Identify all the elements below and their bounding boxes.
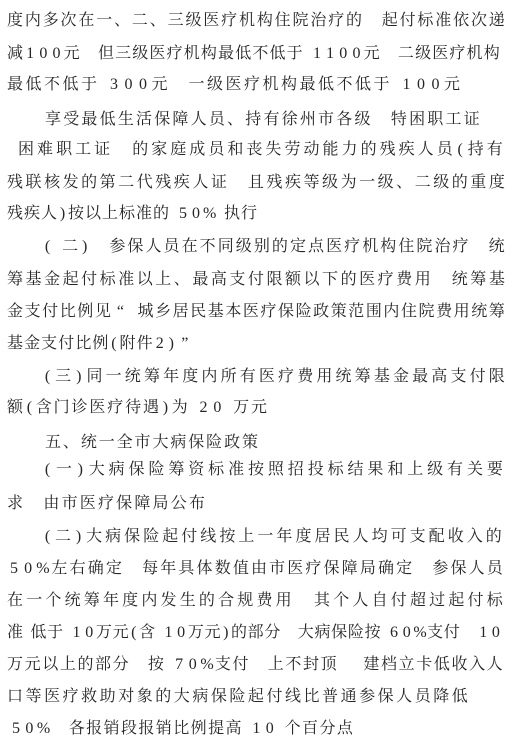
glyph: 人	[145, 237, 161, 257]
glyph: 基	[26, 270, 42, 290]
glyph: 发	[63, 173, 79, 193]
glyph: 人	[396, 687, 412, 707]
glyph: %	[413, 623, 426, 643]
glyph: 障	[134, 494, 150, 514]
glyph: 最	[218, 44, 234, 64]
text-line: 在一个统筹年度内发生的合规费用 其个人自付超过起付标	[7, 591, 503, 611]
glyph: 残	[7, 173, 23, 193]
glyph: 各	[69, 719, 85, 739]
glyph: 高	[211, 270, 227, 290]
glyph: 规	[237, 591, 253, 611]
glyph: 起	[248, 687, 264, 707]
glyph: 策	[242, 433, 258, 453]
glyph: 0	[415, 75, 427, 95]
glyph: 统	[489, 237, 505, 257]
glyph: 最	[7, 75, 23, 95]
glyph: 大	[174, 687, 190, 707]
glyph: 0	[137, 75, 149, 95]
glyph: 点	[308, 237, 324, 257]
glyph: ”	[177, 334, 193, 354]
glyph: 疗	[98, 494, 114, 514]
glyph: 百	[302, 719, 318, 739]
glyph: 疗	[63, 687, 79, 707]
glyph: 象	[137, 687, 153, 707]
glyph: 级	[236, 237, 252, 257]
glyph: 等	[304, 173, 320, 193]
glyph: 封	[303, 655, 319, 675]
section-heading: 五、统一全市大病保险政策	[45, 433, 258, 453]
glyph: 最	[412, 367, 428, 387]
glyph: 上	[238, 527, 254, 547]
glyph: 元	[25, 655, 41, 675]
glyph: 市	[135, 433, 151, 453]
glyph: )	[80, 237, 89, 257]
glyph: 左	[51, 559, 67, 579]
glyph	[356, 655, 362, 675]
glyph: 统	[452, 270, 468, 290]
glyph: 保	[188, 433, 204, 453]
glyph: 残	[155, 173, 171, 193]
glyph: 构	[201, 44, 217, 64]
glyph	[295, 591, 311, 611]
glyph: 医	[432, 44, 448, 64]
glyph	[190, 398, 196, 418]
glyph: 第	[100, 173, 116, 193]
glyph: 市	[62, 494, 78, 514]
text-line: 筹基金起付标准以上、最高支付限额以下的医疗费用 统筹基	[7, 270, 505, 290]
glyph: 等	[26, 687, 42, 707]
glyph: 为	[341, 173, 357, 193]
glyph: 家	[151, 140, 167, 160]
glyph: 二	[62, 237, 78, 257]
glyph: 市	[269, 559, 285, 579]
glyph: 三	[55, 367, 71, 387]
glyph: 支	[229, 270, 245, 290]
text-line: 金支付比例见“ 城乡居民基本医疗保险政策范围内住院费用统筹	[7, 302, 505, 322]
glyph: 机	[362, 237, 378, 257]
glyph: 疗	[221, 11, 237, 31]
glyph: 件	[137, 334, 153, 354]
glyph: 医	[326, 237, 342, 257]
glyph: 招	[288, 460, 304, 480]
text-line: 减100元 但三级医疗机构最低不低于 1100元 二级医疗机构	[7, 44, 500, 64]
text-line: ( 二) 参保人员在不同级别的定点医疗机构住院治疗 统	[43, 237, 505, 257]
glyph: 机	[239, 11, 255, 31]
glyph: 起	[162, 527, 178, 547]
glyph: 疗	[244, 75, 260, 95]
glyph: 围	[366, 302, 382, 322]
glyph: 确	[88, 559, 104, 579]
glyph: 遇	[143, 398, 159, 418]
glyph: 0	[401, 623, 413, 643]
glyph: 职	[427, 110, 443, 130]
glyph: 不	[337, 75, 353, 95]
glyph: 比	[60, 302, 76, 322]
glyph: 0	[190, 204, 202, 224]
glyph: 0	[50, 44, 62, 64]
glyph: 0	[175, 623, 187, 643]
glyph: 0	[211, 398, 223, 418]
glyph: 筹	[489, 302, 505, 322]
glyph: 残	[7, 204, 23, 224]
glyph: (	[43, 527, 52, 547]
glyph: 的	[346, 11, 362, 31]
glyph: 一	[96, 11, 112, 31]
glyph: 低	[26, 75, 42, 95]
glyph: 在	[7, 591, 23, 611]
glyph: 疗	[305, 559, 321, 579]
glyph: 为	[172, 398, 188, 418]
glyph: 收	[451, 655, 467, 675]
glyph: 2	[198, 398, 210, 418]
glyph: 1	[162, 623, 174, 643]
glyph: 0	[22, 559, 34, 579]
glyph: 报	[86, 719, 102, 739]
glyph: 万	[96, 623, 112, 643]
glyph: 0	[123, 75, 135, 95]
glyph: 证	[464, 110, 480, 130]
glyph	[217, 204, 223, 224]
glyph: 以	[42, 655, 58, 675]
glyph	[25, 494, 41, 514]
glyph: 0	[350, 44, 362, 64]
document-page: 度内多次在一、二、三级医疗机构住院治疗的 起付标准依次递 减100元 但三级医疗…	[0, 0, 516, 747]
glyph: 付	[42, 302, 58, 322]
glyph: 销	[104, 719, 120, 739]
glyph: 年	[160, 559, 176, 579]
glyph: 用	[316, 367, 332, 387]
glyph: 限	[489, 367, 505, 387]
glyph: 险	[206, 433, 222, 453]
glyph: 付	[266, 687, 282, 707]
glyph: 万	[188, 623, 204, 643]
glyph	[170, 204, 176, 224]
glyph: 1	[311, 44, 323, 64]
glyph: 疗	[344, 237, 360, 257]
glyph: 0	[187, 655, 199, 675]
glyph: 员	[208, 140, 224, 160]
glyph: 二	[55, 527, 71, 547]
glyph: 支	[427, 623, 443, 643]
glyph: 病	[192, 687, 208, 707]
glyph: 病	[109, 460, 125, 480]
glyph: 用	[415, 270, 431, 290]
glyph: 保	[378, 687, 394, 707]
glyph: 准	[7, 623, 23, 643]
glyph: 一	[56, 460, 72, 480]
glyph	[130, 655, 146, 675]
glyph: 高	[431, 367, 447, 387]
glyph: 疾	[24, 204, 40, 224]
glyph: 保	[154, 110, 170, 130]
glyph	[433, 270, 449, 290]
glyph: 1	[250, 719, 262, 739]
glyph: 准	[435, 11, 451, 31]
glyph: 待	[125, 398, 141, 418]
text-line: 求 由市医疗保障局公布	[7, 494, 205, 514]
glyph: 部	[248, 623, 264, 643]
glyph: 支	[25, 302, 41, 322]
glyph: %	[37, 719, 50, 739]
glyph: 3	[108, 75, 120, 95]
glyph: 和	[387, 460, 403, 480]
glyph: 医	[243, 302, 259, 322]
glyph: 人	[487, 655, 503, 675]
glyph: 例	[191, 719, 207, 739]
glyph: 病	[314, 623, 330, 643]
glyph	[392, 75, 398, 95]
glyph: 住	[275, 11, 291, 31]
text-line: 最低不低于 300元 一级医疗机构最低不低于 100元	[7, 75, 460, 95]
glyph: 医	[287, 559, 303, 579]
glyph: 的	[153, 204, 169, 224]
glyph: 立	[399, 655, 415, 675]
glyph: 重	[470, 173, 486, 193]
glyph: 疗	[453, 237, 469, 257]
glyph: 配	[429, 527, 445, 547]
text-line: 50%左右确定 每年具体数值由市医疗保障局确定 参保人员	[8, 559, 503, 579]
glyph	[461, 623, 477, 643]
glyph: 州	[300, 110, 316, 130]
glyph: 年	[276, 527, 292, 547]
glyph: 的	[81, 173, 97, 193]
glyph: 乡	[155, 302, 171, 322]
glyph: 付	[181, 527, 197, 547]
glyph: 级	[378, 173, 394, 193]
glyph: 付	[468, 591, 484, 611]
glyph: 范	[348, 302, 364, 322]
glyph: 高	[225, 719, 241, 739]
glyph: 元	[64, 44, 80, 64]
glyph: 元	[113, 623, 129, 643]
glyph: 生	[180, 591, 196, 611]
glyph: 不	[44, 75, 60, 95]
glyph: )	[74, 527, 83, 547]
glyph: 准	[118, 270, 134, 290]
glyph: 同	[86, 367, 102, 387]
glyph: 民	[190, 302, 206, 322]
glyph: 内	[25, 11, 41, 31]
glyph: 二	[398, 44, 414, 64]
glyph: 人	[353, 527, 369, 547]
glyph: 元	[444, 75, 460, 95]
glyph: 0	[83, 623, 95, 643]
glyph: 求	[7, 494, 23, 514]
glyph: 例	[92, 334, 108, 354]
glyph: %	[36, 559, 49, 579]
glyph: 政	[313, 302, 329, 322]
glyph: 元	[152, 75, 168, 95]
glyph: 大	[89, 460, 105, 480]
glyph: )	[161, 398, 170, 418]
glyph: 难	[37, 140, 53, 160]
glyph: 标	[119, 204, 135, 224]
glyph: 标	[100, 270, 116, 290]
glyph: 员	[415, 687, 431, 707]
glyph	[414, 559, 430, 579]
glyph: 付	[81, 270, 97, 290]
glyph: 上	[60, 655, 76, 675]
glyph: (	[129, 623, 138, 643]
glyph	[51, 719, 67, 739]
glyph: 以	[304, 270, 320, 290]
glyph: 费	[297, 367, 313, 387]
glyph: 门	[54, 398, 70, 418]
glyph: 过	[429, 591, 445, 611]
glyph: 级	[415, 44, 431, 64]
glyph: 于	[374, 75, 390, 95]
glyph: 险	[348, 623, 364, 643]
glyph: 付	[248, 270, 264, 290]
glyph: 定	[106, 559, 122, 579]
glyph: 万	[7, 655, 23, 675]
glyph	[156, 623, 162, 643]
glyph: 人	[41, 204, 57, 224]
glyph: 院	[419, 302, 435, 322]
glyph: 、	[150, 11, 166, 31]
glyph: 、	[114, 11, 130, 31]
glyph: 低	[30, 623, 46, 643]
glyph: 医	[203, 11, 219, 31]
glyph: 金	[24, 334, 40, 354]
glyph: )	[76, 460, 85, 480]
glyph: 1	[71, 623, 83, 643]
glyph: 超	[410, 591, 426, 611]
glyph: 保	[451, 559, 467, 579]
glyph: (	[43, 460, 52, 480]
glyph: 投	[308, 460, 324, 480]
glyph: 1	[324, 44, 336, 64]
glyph: 人	[352, 591, 368, 611]
glyph: 0	[37, 44, 49, 64]
glyph: 比	[173, 719, 189, 739]
glyph: 级	[185, 11, 201, 31]
glyph: 不	[285, 655, 301, 675]
glyph: 员	[164, 237, 180, 257]
text-line: (二)大病保险起付线按上一年度居民人均可支配收入的	[43, 527, 502, 547]
glyph: 度	[122, 591, 138, 611]
glyph: 疗	[449, 44, 465, 64]
glyph: 人	[191, 110, 207, 130]
glyph: 自	[372, 591, 388, 611]
glyph: 诊	[72, 398, 88, 418]
glyph: 但	[98, 44, 114, 64]
glyph: 0	[430, 75, 442, 95]
glyph: 同	[218, 237, 234, 257]
glyph: 的	[452, 173, 468, 193]
glyph: 低	[434, 655, 450, 675]
glyph: 通	[341, 687, 357, 707]
glyph: 工	[75, 140, 91, 160]
glyph: 体	[197, 559, 213, 579]
glyph	[225, 398, 231, 418]
glyph: 庭	[170, 140, 186, 160]
glyph: 付	[470, 367, 486, 387]
text-line: 万元以上的部分 按 70%支付 上不封顶 建档立卡低收入人	[7, 655, 503, 675]
glyph: 、	[174, 270, 190, 290]
glyph	[277, 719, 283, 739]
glyph: 不	[200, 237, 216, 257]
glyph: 低	[63, 75, 79, 95]
glyph: 由	[251, 559, 267, 579]
glyph: 可	[391, 527, 407, 547]
glyph: 以	[137, 270, 153, 290]
glyph: 各	[336, 110, 352, 130]
glyph: 政	[224, 433, 240, 453]
glyph: 内	[201, 367, 217, 387]
glyph: 发	[161, 591, 177, 611]
glyph: 上	[102, 204, 118, 224]
glyph: 点	[337, 719, 353, 739]
glyph: 普	[322, 687, 338, 707]
glyph: %	[200, 655, 213, 675]
glyph: 和	[227, 140, 243, 160]
glyph: 比	[75, 334, 91, 354]
glyph: 报	[138, 719, 154, 739]
glyph: 次	[61, 11, 77, 31]
glyph: 险	[296, 302, 312, 322]
glyph: 金	[393, 367, 409, 387]
glyph: 级	[354, 110, 370, 130]
glyph: 徐	[282, 110, 298, 130]
glyph: 助	[100, 687, 116, 707]
glyph: 付	[233, 655, 249, 675]
glyph: 障	[172, 110, 188, 130]
glyph: 减	[7, 44, 23, 64]
glyph	[471, 237, 487, 257]
glyph: 线	[285, 687, 301, 707]
glyph: 筹	[168, 460, 184, 480]
glyph: 民	[334, 527, 350, 547]
glyph: 有	[487, 140, 503, 160]
text-line: (一)大病保险筹资标准按照招投标结果和上级有关要	[43, 460, 503, 480]
glyph: 支	[215, 655, 231, 675]
glyph: 筹	[84, 591, 100, 611]
glyph	[54, 237, 60, 257]
glyph: 1	[401, 75, 413, 95]
glyph: 的	[231, 623, 247, 643]
glyph: 级	[322, 173, 338, 193]
glyph: 上	[407, 460, 423, 480]
glyph: 的	[486, 527, 502, 547]
glyph: 低	[318, 75, 334, 95]
glyph: 标	[208, 460, 224, 480]
glyph: 卡	[416, 655, 432, 675]
glyph: 6	[388, 623, 400, 643]
glyph: 元	[364, 44, 380, 64]
glyph: 构	[281, 75, 297, 95]
text-line: 残疾人)按以上标准的 50% 执行	[7, 204, 257, 224]
glyph: 统	[81, 433, 97, 453]
text-line: 口等医疗救助对象的大病保险起付线比普通参保人员降低	[7, 687, 468, 707]
glyph: 一	[257, 527, 273, 547]
glyph: 支	[410, 527, 426, 547]
glyph: 额	[285, 270, 301, 290]
glyph: (	[456, 140, 465, 160]
text-line: 困难职工证 的家庭成员和丧失劳动能力的残疾人员(持有	[18, 140, 503, 160]
glyph: 费	[396, 270, 412, 290]
glyph: 以	[85, 204, 101, 224]
glyph: 附	[120, 334, 136, 354]
glyph: 一	[99, 433, 115, 453]
glyph: 下	[322, 270, 338, 290]
glyph: 活	[136, 110, 152, 130]
glyph: 险	[143, 527, 159, 547]
glyph: 上	[155, 270, 171, 290]
glyph: 确	[378, 559, 394, 579]
glyph: 筹	[7, 270, 23, 290]
glyph: 见	[95, 302, 111, 322]
